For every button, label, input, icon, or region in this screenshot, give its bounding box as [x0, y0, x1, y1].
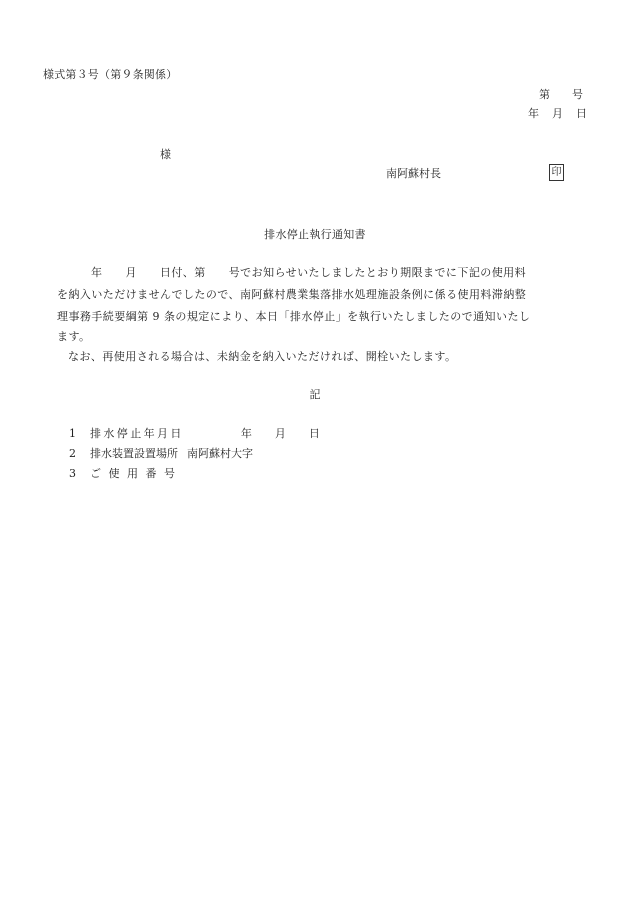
ki-heading: 記 [0, 388, 630, 402]
body-line-1: 年月日付、第号でお知らせいたしましたとおり期限までに下記の使用料 [91, 266, 526, 280]
body-line-2: を納入いただけませんでしたので、南阿蘇村農業集落排水処理施設条例に係る使用料滞納… [57, 288, 526, 302]
body-line-5: なお、再使用される場合は、未納金を納入いただければ、開栓いたします。 [68, 350, 456, 364]
item-value: 南阿蘇村大字 [187, 447, 253, 461]
date-day: 日 [576, 107, 587, 120]
item-label: ご使用番号 [90, 467, 183, 481]
addressee-suffix: 様 [160, 148, 171, 162]
item-list: 1排水停止年月日年月日 2排水装置設置場所南阿蘇村大字 3ご使用番号 [69, 427, 320, 487]
document-number-line: 第号 [539, 88, 583, 102]
document-title: 排水停止執行通知書 [0, 228, 630, 242]
date-year: 年 [528, 107, 539, 120]
item-label: 排水装置設置場所 [90, 447, 178, 461]
form-label: 様式第３号（第９条関係） [43, 68, 177, 82]
number-prefix: 第 [539, 88, 550, 101]
item-location: 2排水装置設置場所南阿蘇村大字 [69, 447, 320, 467]
body-line-4: ます。 [57, 330, 90, 344]
issue-date-line: 年月日 [528, 107, 587, 121]
item-stop-date: 1排水停止年月日年月日 [69, 427, 320, 447]
body-line-3: 理事務手続要綱第 9 条の規定により、本日「排水停止」を執行いたしましたので通知… [57, 310, 530, 324]
item-label: 排水停止年月日 [90, 427, 184, 441]
date-month: 月 [552, 107, 563, 120]
issuer-name: 南阿蘇村長 [386, 167, 441, 181]
seal-mark: 印 [549, 164, 564, 181]
item-usage-number: 3ご使用番号 [69, 467, 320, 487]
item-number: 2 [69, 447, 90, 461]
number-suffix: 号 [572, 88, 583, 101]
item-number: 1 [69, 427, 90, 441]
item-number: 3 [69, 467, 90, 481]
